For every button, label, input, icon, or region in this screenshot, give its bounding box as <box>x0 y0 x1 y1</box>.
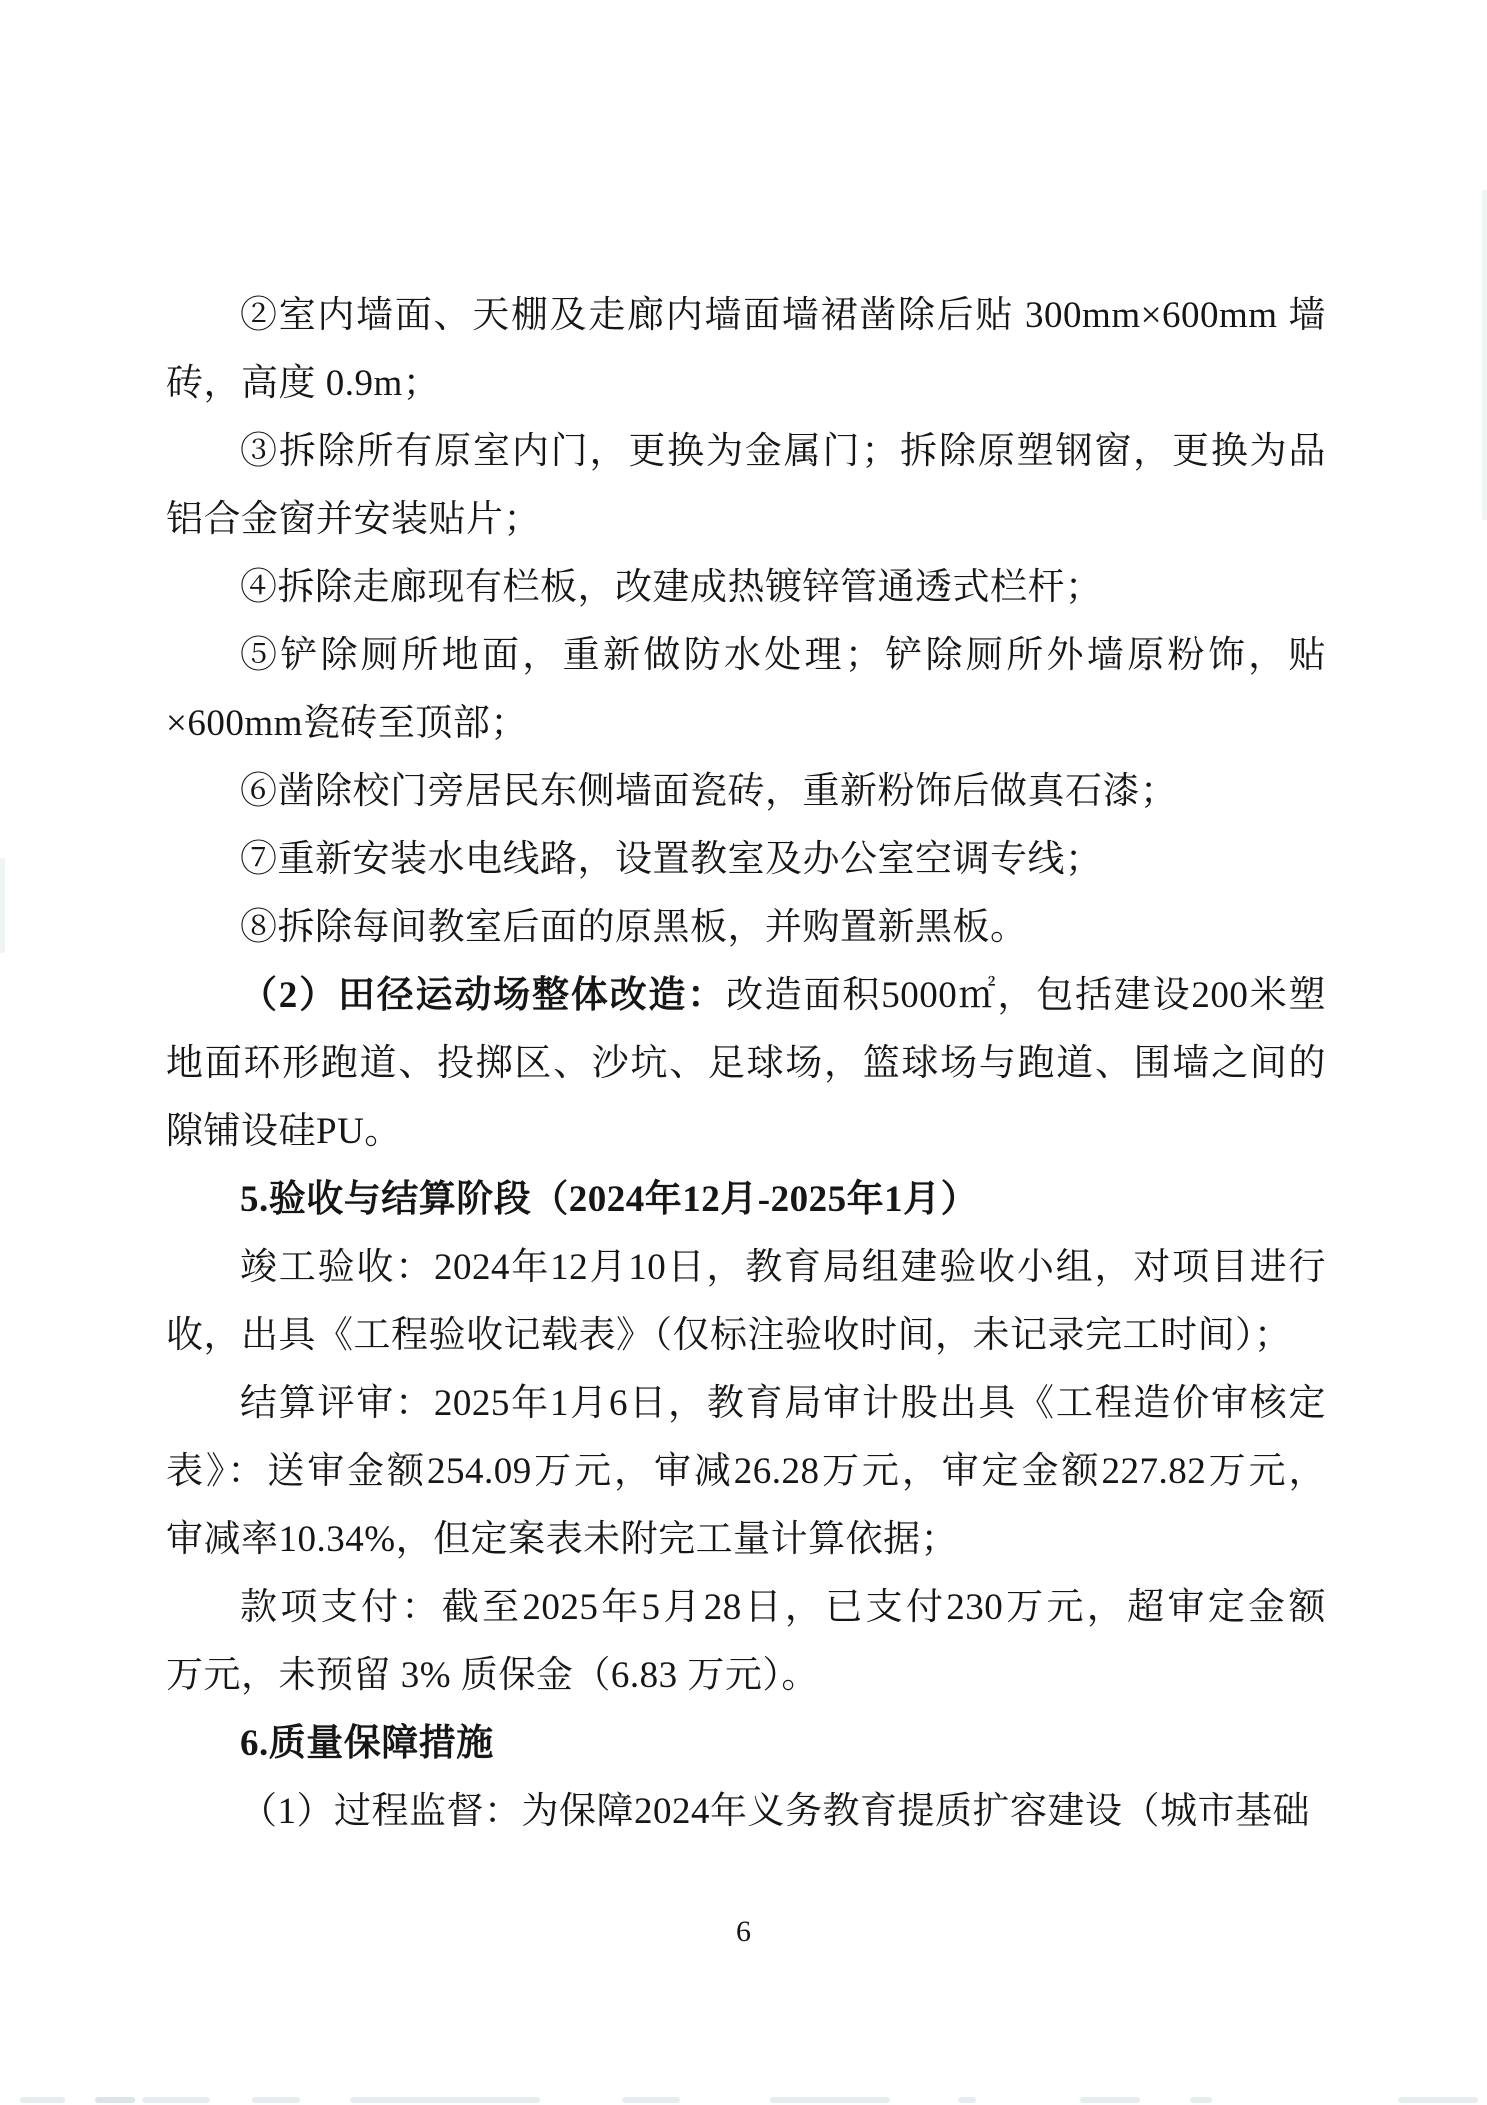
text-segment: ⑧拆除每间教室后面的原黑板，并购置新黑板。 <box>240 907 1028 948</box>
text-line-12: 地面环形跑道、投掷区、沙坑、足球场，篮球场与跑道、围墙之间的间 <box>166 1030 1326 1098</box>
text-segment: 收，出具《工程验收记载表》（仅标注验收时间，未记录完工时间）； <box>166 1315 1292 1356</box>
text-line-22: 6.质量保障措施 <box>166 1710 1326 1778</box>
text-line-19: 审减率10.34%，但定案表未附完工量计算依据； <box>166 1506 1326 1574</box>
text-segment: ⑥凿除校门旁居民东侧墙面瓷砖，重新粉饰后做真石漆； <box>240 771 1178 812</box>
page-number: 6 <box>0 1912 1487 1952</box>
scan-artifact <box>95 2097 135 2103</box>
document-page: ②室内墙面、天棚及走廊内墙面墙裙凿除后贴 300mm×600mm 墙面砖，高度 … <box>0 0 1487 2105</box>
text-segment: 结算评审：2025年1月6日，教育局审计股出具《工程造价审核定案 <box>240 1383 1326 1438</box>
text-segment: 铝合金窗并安装贴片； <box>166 499 541 540</box>
text-line-14: 5.验收与结算阶段（2024年12月-2025年1月） <box>166 1166 1326 1234</box>
text-segment: ②室内墙面、天棚及走廊内墙面墙裙凿除后贴 300mm×600mm 墙面 <box>240 295 1326 350</box>
text-segment-bold: 5.验收与结算阶段（2024年12月-2025年1月） <box>240 1179 978 1220</box>
scan-artifact <box>142 2097 210 2103</box>
scan-artifact <box>622 2097 680 2103</box>
scan-artifact <box>20 2097 65 2103</box>
scan-artifact <box>252 2097 300 2103</box>
text-line-4: 铝合金窗并安装贴片； <box>166 486 1326 554</box>
text-segment: 款项支付：截至2025年5月28日，已支付230万元，超审定金额 2.18 <box>240 1587 1326 1642</box>
text-line-6: ⑤铲除厕所地面，重新做防水处理；铲除厕所外墙原粉饰，贴 300mm <box>166 622 1326 690</box>
scan-artifact-right-edge <box>1482 190 1487 520</box>
text-line-5: ④拆除走廊现有栏板，改建成热镀锌管通透式栏杆； <box>166 554 1326 622</box>
text-line-16: 收，出具《工程验收记载表》（仅标注验收时间，未记录完工时间）； <box>166 1302 1326 1370</box>
text-line-18: 表》：送审金额254.09万元，审减26.28万元，审定金额227.82万元， <box>166 1438 1326 1506</box>
text-segment: 审减率10.34%，但定案表未附完工量计算依据； <box>166 1519 958 1560</box>
text-line-15: 竣工验收：2024年12月10日，教育局组建验收小组，对项目进行验 <box>166 1234 1326 1302</box>
text-segment: 地面环形跑道、投掷区、沙坑、足球场，篮球场与跑道、围墙之间的间 <box>166 1043 1326 1098</box>
text-line-7: ×600mm瓷砖至顶部； <box>166 690 1326 758</box>
text-segment: ④拆除走廊现有栏板，改建成热镀锌管通透式栏杆； <box>240 567 1103 608</box>
text-line-3: ③拆除所有原室内门，更换为金属门；拆除原塑钢窗，更换为品牌 <box>166 418 1326 486</box>
text-segment: （1）过程监督：为保障2024年义务教育提质扩容建设（城市基础 <box>240 1791 1310 1832</box>
text-segment: 竣工验收：2024年12月10日，教育局组建验收小组，对项目进行验 <box>240 1247 1326 1302</box>
scan-artifact <box>770 2097 890 2103</box>
text-segment: ×600mm瓷砖至顶部； <box>166 703 528 744</box>
scan-artifact <box>350 2097 540 2103</box>
text-segment: ⑦重新安装水电线路，设置教室及办公室空调专线； <box>240 839 1103 880</box>
text-segment-bold: （2）田径运动场整体改造： <box>240 975 726 1016</box>
document-text-block: ②室内墙面、天棚及走廊内墙面墙裙凿除后贴 300mm×600mm 墙面砖，高度 … <box>166 282 1326 1846</box>
text-line-2: 砖，高度 0.9m； <box>166 350 1326 418</box>
scan-artifact <box>1080 2097 1140 2103</box>
text-line-8: ⑥凿除校门旁居民东侧墙面瓷砖，重新粉饰后做真石漆； <box>166 758 1326 826</box>
text-segment: 砖，高度 0.9m； <box>166 363 440 404</box>
text-line-11: （2）田径运动场整体改造：改造面积5000㎡，包括建设200米塑胶 <box>166 962 1326 1030</box>
text-segment: 隙铺设硅PU。 <box>166 1111 402 1152</box>
scan-artifact-left-edge <box>0 858 5 953</box>
text-segment: 万元，未预留 3% 质保金（6.83 万元）。 <box>166 1655 819 1696</box>
scan-artifact <box>1190 2097 1212 2103</box>
text-line-13: 隙铺设硅PU。 <box>166 1098 1326 1166</box>
scan-artifact <box>958 2097 976 2103</box>
scan-artifact <box>1398 2097 1478 2103</box>
text-line-21: 万元，未预留 3% 质保金（6.83 万元）。 <box>166 1642 1326 1710</box>
text-segment: 表》：送审金额254.09万元，审减26.28万元，审定金额227.82万元， <box>166 1451 1326 1492</box>
text-line-17: 结算评审：2025年1月6日，教育局审计股出具《工程造价审核定案 <box>166 1370 1326 1438</box>
text-segment: ③拆除所有原室内门，更换为金属门；拆除原塑钢窗，更换为品牌 <box>240 431 1326 486</box>
text-line-20: 款项支付：截至2025年5月28日，已支付230万元，超审定金额 2.18 <box>166 1574 1326 1642</box>
text-line-1: ②室内墙面、天棚及走廊内墙面墙裙凿除后贴 300mm×600mm 墙面 <box>166 282 1326 350</box>
text-line-9: ⑦重新安装水电线路，设置教室及办公室空调专线； <box>166 826 1326 894</box>
text-segment: ⑤铲除厕所地面，重新做防水处理；铲除厕所外墙原粉饰，贴 300mm <box>240 635 1326 690</box>
text-segment-bold: 6.质量保障措施 <box>240 1723 494 1764</box>
text-line-23: （1）过程监督：为保障2024年义务教育提质扩容建设（城市基础 <box>166 1778 1326 1846</box>
text-line-10: ⑧拆除每间教室后面的原黑板，并购置新黑板。 <box>166 894 1326 962</box>
